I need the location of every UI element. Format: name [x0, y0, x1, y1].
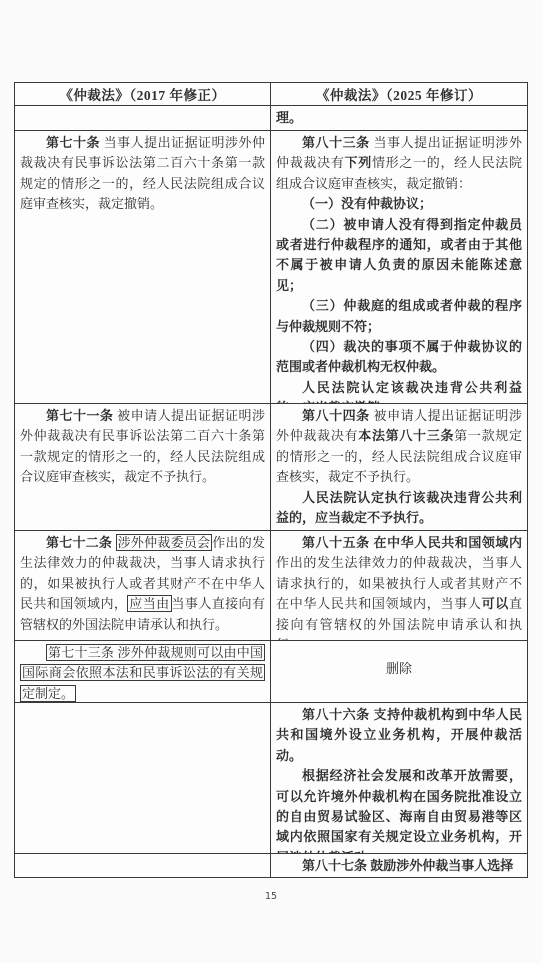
cell-right: 第八十三条 当事人提出证据证明涉外仲裁裁决有下列情形之一的，经人民法院组成合议庭…	[271, 131, 527, 403]
paragraph: （三）仲裁庭的组成或者仲裁的程序与仲裁规则不符；	[276, 296, 522, 337]
paragraph: 删除	[276, 659, 522, 679]
paragraph: （一）没有仲裁协议；	[276, 194, 522, 214]
paragraph: 第八十七条 鼓励涉外仲裁当事人选择	[276, 856, 522, 876]
comparison-rows: 理。第七十条 当事人提出证据证明涉外仲裁裁决有民事诉讼法第二百六十条第一款规定的…	[15, 106, 527, 877]
cell-left	[15, 854, 271, 877]
paragraph: 第八十五条 在中华人民共和国领域内作出的发生法律效力的仲裁裁决，当事人请求执行的…	[276, 533, 522, 640]
cell-right: 第八十六条 支持仲裁机构到中华人民共和国境外设立业务机构，开展仲裁活动。根据经济…	[271, 703, 527, 853]
text-run: （三）仲裁庭的组成或者仲裁的程序与仲裁规则不符；	[276, 298, 522, 333]
text-run: 本法第八十三条	[358, 428, 454, 443]
paragraph: 第七十条 当事人提出证据证明涉外仲裁裁决有民事诉讼法第二百六十条第一款规定的情形…	[20, 133, 265, 215]
table-row: 第七十三条 涉外仲裁规则可以由中国国际商会依照本法和民事诉讼法的有关规定制定。删…	[15, 641, 527, 703]
cell-right: 第八十七条 鼓励涉外仲裁当事人选择	[271, 854, 527, 877]
text-run: 人民法院认定执行该裁决违背公共利益的，应当裁定不予执行。	[276, 490, 522, 525]
table-row: 第七十二条 涉外仲裁委员会作出的发生法律效力的仲裁裁决，当事人请求执行的，如果被…	[15, 531, 527, 641]
text-run: 理。	[276, 110, 302, 125]
comparison-table: 《仲裁法》（2017 年修正） 《仲裁法》（2025 年修订） 理。第七十条 当…	[14, 82, 528, 878]
table-row: 第七十一条 被申请人提出证据证明涉外仲裁裁决有民事诉讼法第二百六十条第一款规定的…	[15, 404, 527, 531]
paragraph: 第七十一条 被申请人提出证据证明涉外仲裁裁决有民事诉讼法第二百六十条第一款规定的…	[20, 406, 265, 488]
cell-left: 第七十二条 涉外仲裁委员会作出的发生法律效力的仲裁裁决，当事人请求执行的，如果被…	[15, 531, 271, 640]
paragraph: （二）被申请人没有得到指定仲裁员或者进行仲裁程序的通知，或者由于其他不属于被申请…	[276, 215, 522, 297]
table-row: 理。	[15, 106, 527, 131]
cell-right: 第八十四条 被申请人提出证据证明涉外仲裁裁决有本法第八十三条第一款规定的情形之一…	[271, 404, 527, 530]
cell-right: 理。	[271, 106, 527, 130]
text-run: （二）被申请人没有得到指定仲裁员或者进行仲裁程序的通知，或者由于其他不属于被申请…	[276, 217, 522, 293]
boxed-text-run: 涉外仲裁委员会	[116, 534, 213, 551]
text-run: 第八十七条 鼓励涉外仲裁当事人选择	[302, 858, 513, 873]
page-number: 15	[0, 891, 542, 902]
paragraph: 第八十四条 被申请人提出证据证明涉外仲裁裁决有本法第八十三条第一款规定的情形之一…	[276, 406, 522, 488]
text-run: （一）没有仲裁协议；	[302, 196, 432, 211]
text-run: 下列	[345, 155, 372, 170]
header-cell-2025: 《仲裁法》（2025 年修订）	[271, 83, 527, 105]
paragraph: 人民法院认定该裁决违背公共利益的，应当裁定撤销。	[276, 378, 522, 403]
text-run: 根据经济社会发展和改革开放需要，可以允许境外仲裁机构在国务院批准设立的自由贸易试…	[276, 768, 522, 853]
header-cell-2017: 《仲裁法》（2017 年修正）	[15, 83, 271, 105]
paragraph: 第八十三条 当事人提出证据证明涉外仲裁裁决有下列情形之一的，经人民法院组成合议庭…	[276, 133, 522, 194]
paragraph: 第七十三条 涉外仲裁规则可以由中国国际商会依照本法和民事诉讼法的有关规定制定。	[20, 643, 265, 702]
cell-right: 第八十五条 在中华人民共和国领域内作出的发生法律效力的仲裁裁决，当事人请求执行的…	[271, 531, 527, 640]
text-run: 第七十条	[46, 135, 100, 150]
paragraph: 根据经济社会发展和改革开放需要，可以允许境外仲裁机构在国务院批准设立的自由贸易试…	[276, 766, 522, 853]
text-run: 第八十五条	[302, 535, 370, 550]
text-run: （四）裁决的事项不属于仲裁协议的范围或者仲裁机构无权仲裁。	[276, 339, 522, 374]
text-run: 第八十六条 支持仲裁机构到中华人民共和国境外设立业务机构，开展仲裁活动。	[276, 707, 522, 763]
text-run: 在中华人民共和国领域内	[374, 535, 522, 550]
paragraph: （四）裁决的事项不属于仲裁协议的范围或者仲裁机构无权仲裁。	[276, 337, 522, 378]
text-run: 人民法院认定该裁决违背公共利益的，应当裁定撤销。	[276, 380, 522, 403]
text-run: 第八十四条	[302, 408, 370, 423]
boxed-text-run: 应当由	[127, 595, 171, 612]
cell-left: 第七十三条 涉外仲裁规则可以由中国国际商会依照本法和民事诉讼法的有关规定制定。	[15, 641, 271, 702]
cell-left: 第七十一条 被申请人提出证据证明涉外仲裁裁决有民事诉讼法第二百六十条第一款规定的…	[15, 404, 271, 530]
text-run: 第七十一条	[46, 408, 113, 423]
cell-right: 删除	[271, 641, 527, 702]
cell-left	[15, 106, 271, 130]
text-run: 可以	[482, 596, 509, 611]
paragraph: 人民法院认定执行该裁决违背公共利益的，应当裁定不予执行。	[276, 488, 522, 529]
table-row: 第八十六条 支持仲裁机构到中华人民共和国境外设立业务机构，开展仲裁活动。根据经济…	[15, 703, 527, 854]
paragraph: 第七十二条 涉外仲裁委员会作出的发生法律效力的仲裁裁决，当事人请求执行的，如果被…	[20, 533, 265, 635]
table-header-row: 《仲裁法》（2017 年修正） 《仲裁法》（2025 年修订）	[15, 83, 527, 106]
text-run: 删除	[386, 661, 412, 676]
cell-left	[15, 703, 271, 853]
table-row: 第七十条 当事人提出证据证明涉外仲裁裁决有民事诉讼法第二百六十条第一款规定的情形…	[15, 131, 527, 404]
boxed-text-run: 第七十三条 涉外仲裁规则可以由中国国际商会依照本法和民事诉讼法的有关规定制定。	[20, 644, 265, 702]
text-run: 第八十三条	[302, 135, 370, 150]
text-run: 第七十二条	[46, 535, 112, 550]
paragraph: 理。	[276, 108, 522, 128]
table-row: 第八十七条 鼓励涉外仲裁当事人选择	[15, 854, 527, 877]
cell-left: 第七十条 当事人提出证据证明涉外仲裁裁决有民事诉讼法第二百六十条第一款规定的情形…	[15, 131, 271, 403]
paragraph: 第八十六条 支持仲裁机构到中华人民共和国境外设立业务机构，开展仲裁活动。	[276, 705, 522, 766]
